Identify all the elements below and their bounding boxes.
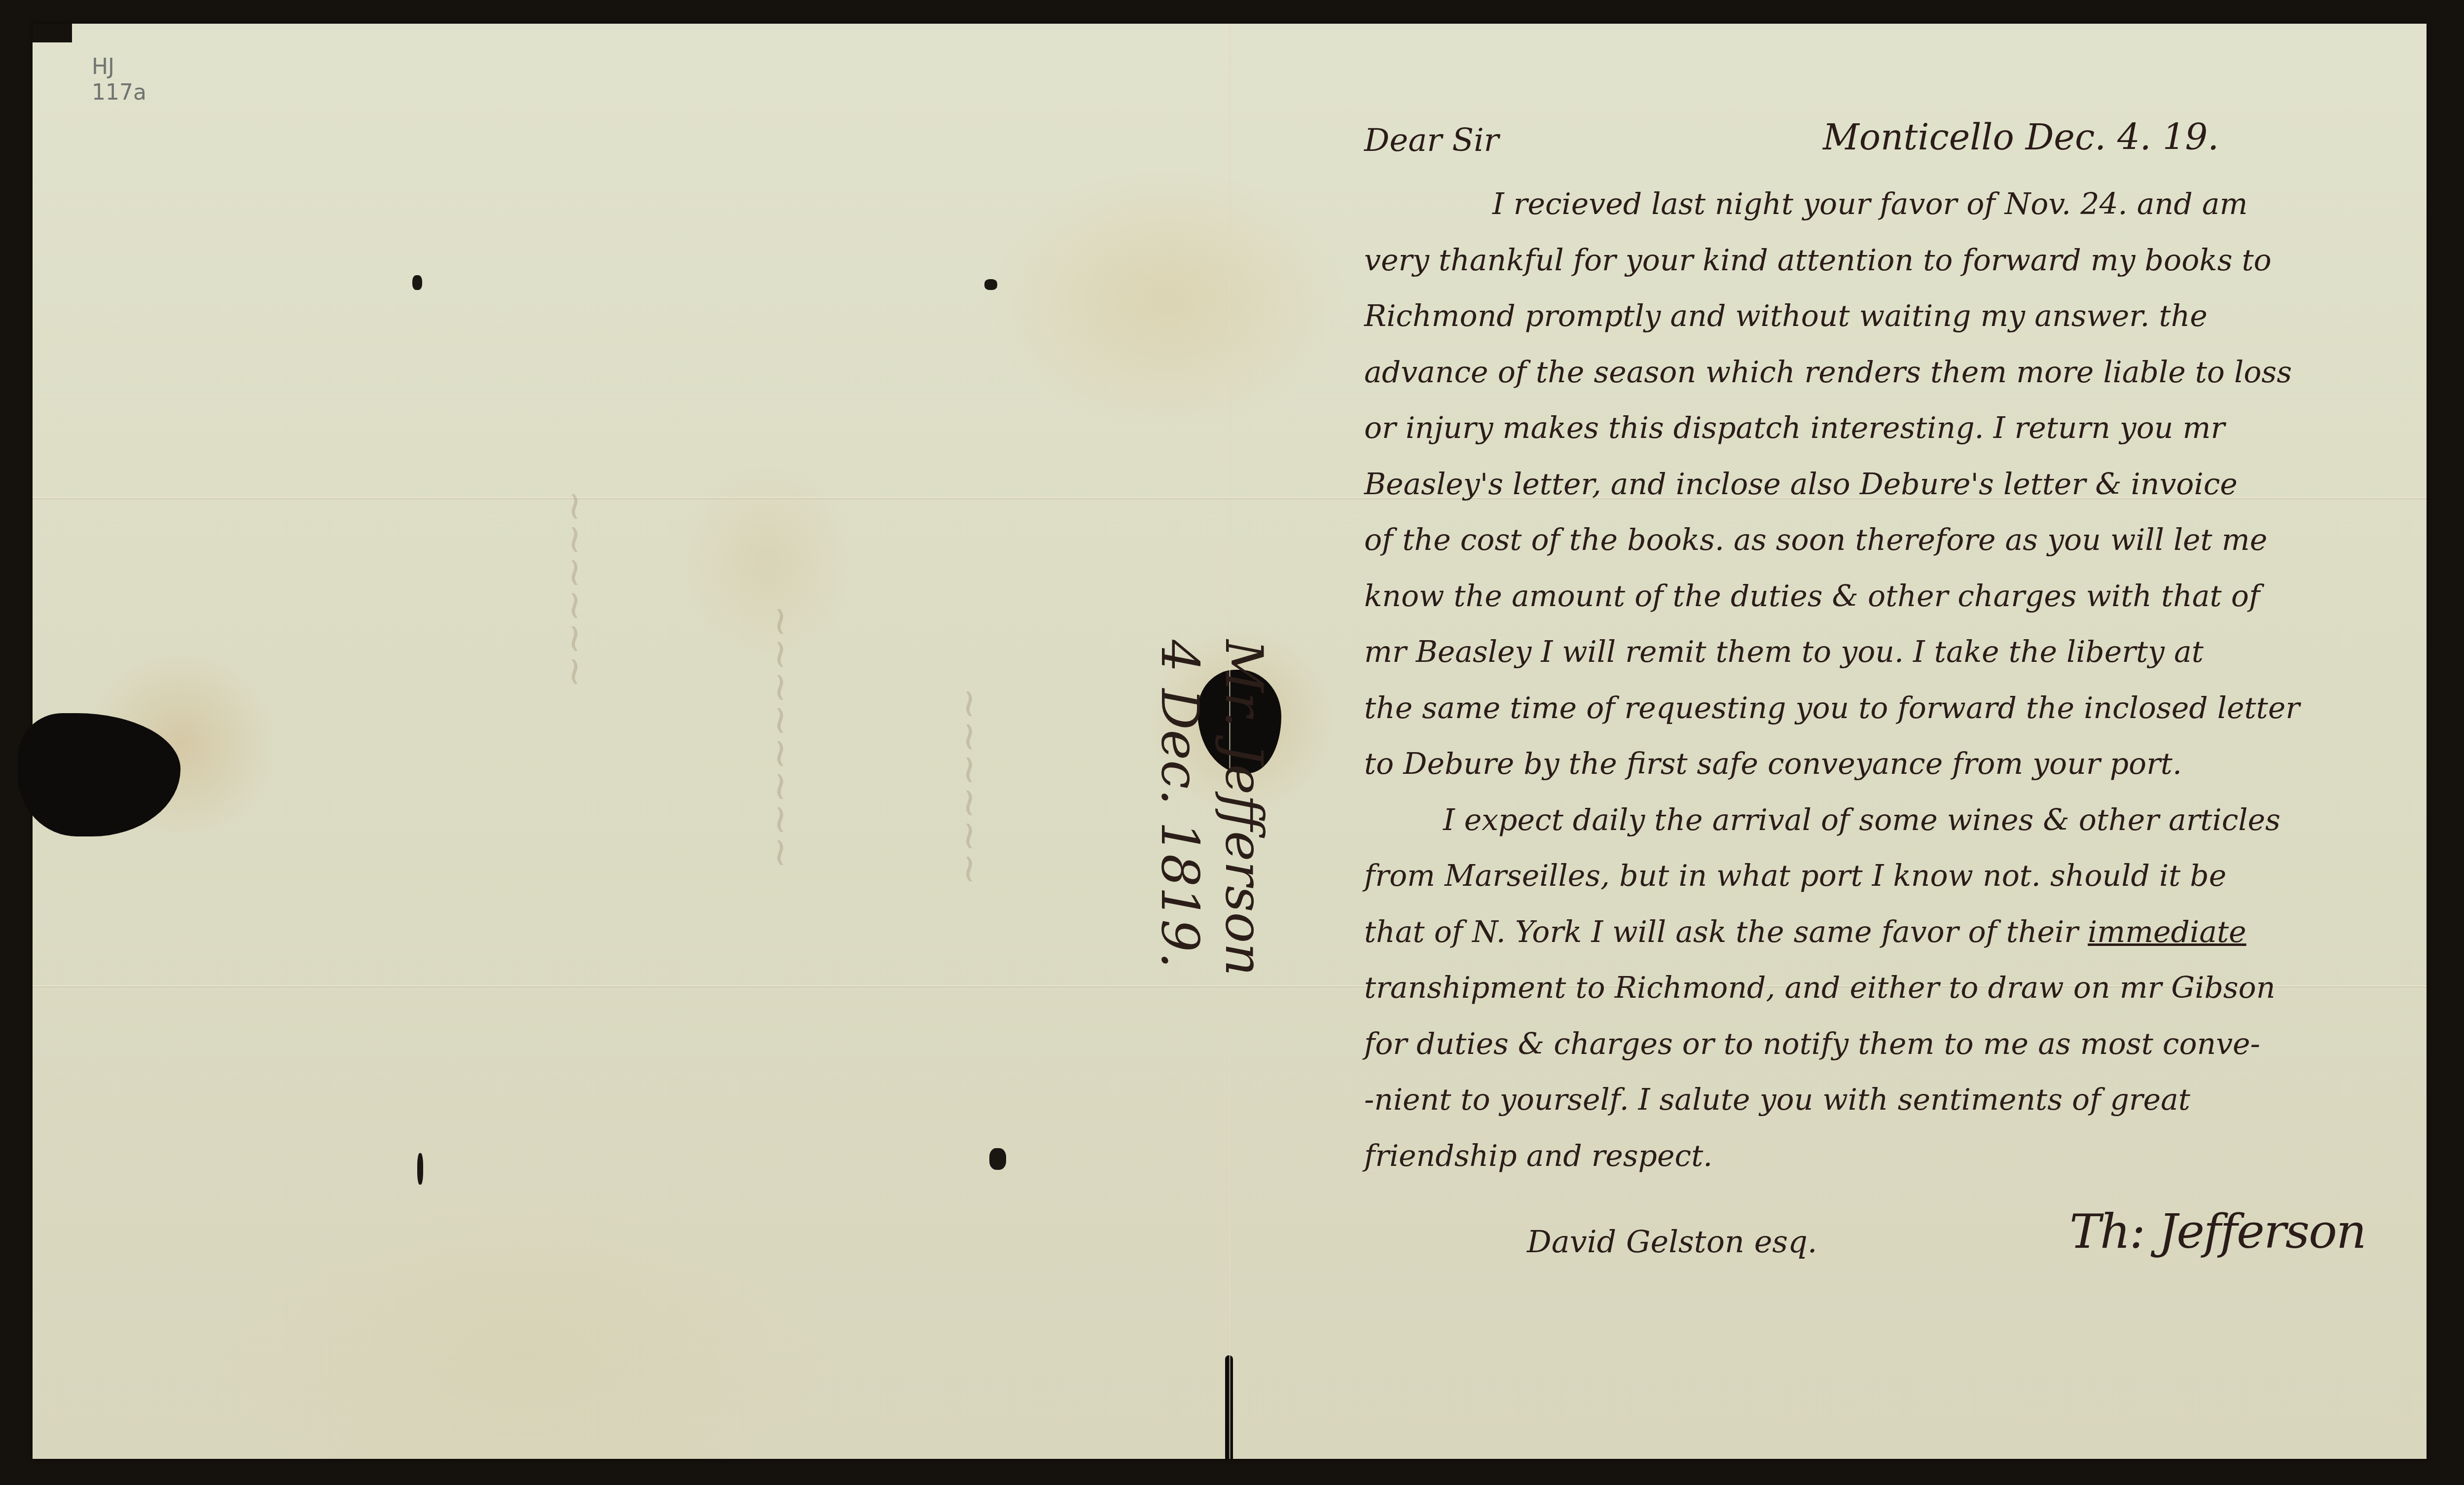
underlined-word: immediate: [2088, 915, 2246, 949]
archive-mark-line2: 117a: [92, 80, 146, 106]
letter-line: -nient to yourself. I salute you with se…: [1364, 1072, 2400, 1128]
letter-line: mr Beasley I will remit them to you. I t…: [1364, 624, 2400, 681]
letter-line-text: that of N. York I will ask the same favo…: [1364, 915, 2088, 949]
archive-mark: HJ 117a: [92, 54, 146, 106]
left-page: HJ 117a ~~~~~~ ~~~~~~~~ ~~~~~~ Mr. Jeffe…: [33, 24, 1230, 1459]
letter-text: Dear Sir Monticello Dec. 4. 19. I reciev…: [1364, 122, 2400, 1303]
letter-header: Dear Sir Monticello Dec. 4. 19.: [1364, 122, 2400, 177]
recipient-name: David Gelston esq.: [1527, 1224, 1817, 1260]
salutation: Dear Sir: [1364, 122, 1499, 159]
letter-line: to Debure by the first safe conveyance f…: [1364, 736, 2400, 793]
ink-bleed-through: ~~~~~~~~: [759, 605, 804, 869]
letter-line: Beasley's letter, and inclose also Debur…: [1364, 457, 2400, 513]
manuscript-sheet: HJ 117a ~~~~~~ ~~~~~~~~ ~~~~~~ Mr. Jeffe…: [33, 24, 2427, 1459]
letter-line: Richmond promptly and without waiting my…: [1364, 289, 2400, 345]
letter-line: know the amount of the duties & other ch…: [1364, 569, 2400, 625]
letter-line: for duties & charges or to notify them t…: [1364, 1016, 2400, 1073]
letter-line-immediate: that of N. York I will ask the same favo…: [1364, 905, 2400, 961]
letter-line: of the cost of the books. as soon theref…: [1364, 512, 2400, 569]
ink-bleed-through: ~~~~~~: [947, 687, 993, 885]
letter-line: or injury makes this dispatch interestin…: [1364, 400, 2400, 457]
letter-line: from Marseilles, but in what port I know…: [1364, 848, 2400, 905]
letter-line: I expect daily the arrival of some wines…: [1364, 793, 2400, 849]
ink-bleed-through: ~~~~~~: [553, 490, 599, 688]
letter-line: the same time of requesting you to forwa…: [1364, 681, 2400, 737]
letter-line: transhipment to Richmond, and either to …: [1364, 960, 2400, 1016]
letter-line: friendship and respect.: [1364, 1128, 2400, 1185]
archive-mark-line1: HJ: [92, 54, 146, 80]
letter-line: I recieved last night your favor of Nov.…: [1364, 177, 2400, 233]
letter-line: advance of the season which renders them…: [1364, 345, 2400, 401]
letter-line: very thankful for your kind attention to…: [1364, 233, 2400, 289]
closing: David Gelston esq. Th: Jefferson: [1364, 1204, 2400, 1303]
docket-line2: 4 Dec. 1819.: [1148, 640, 1212, 976]
signature: Th: Jefferson: [2069, 1204, 2366, 1259]
dateline: Monticello Dec. 4. 19.: [1823, 116, 2219, 158]
